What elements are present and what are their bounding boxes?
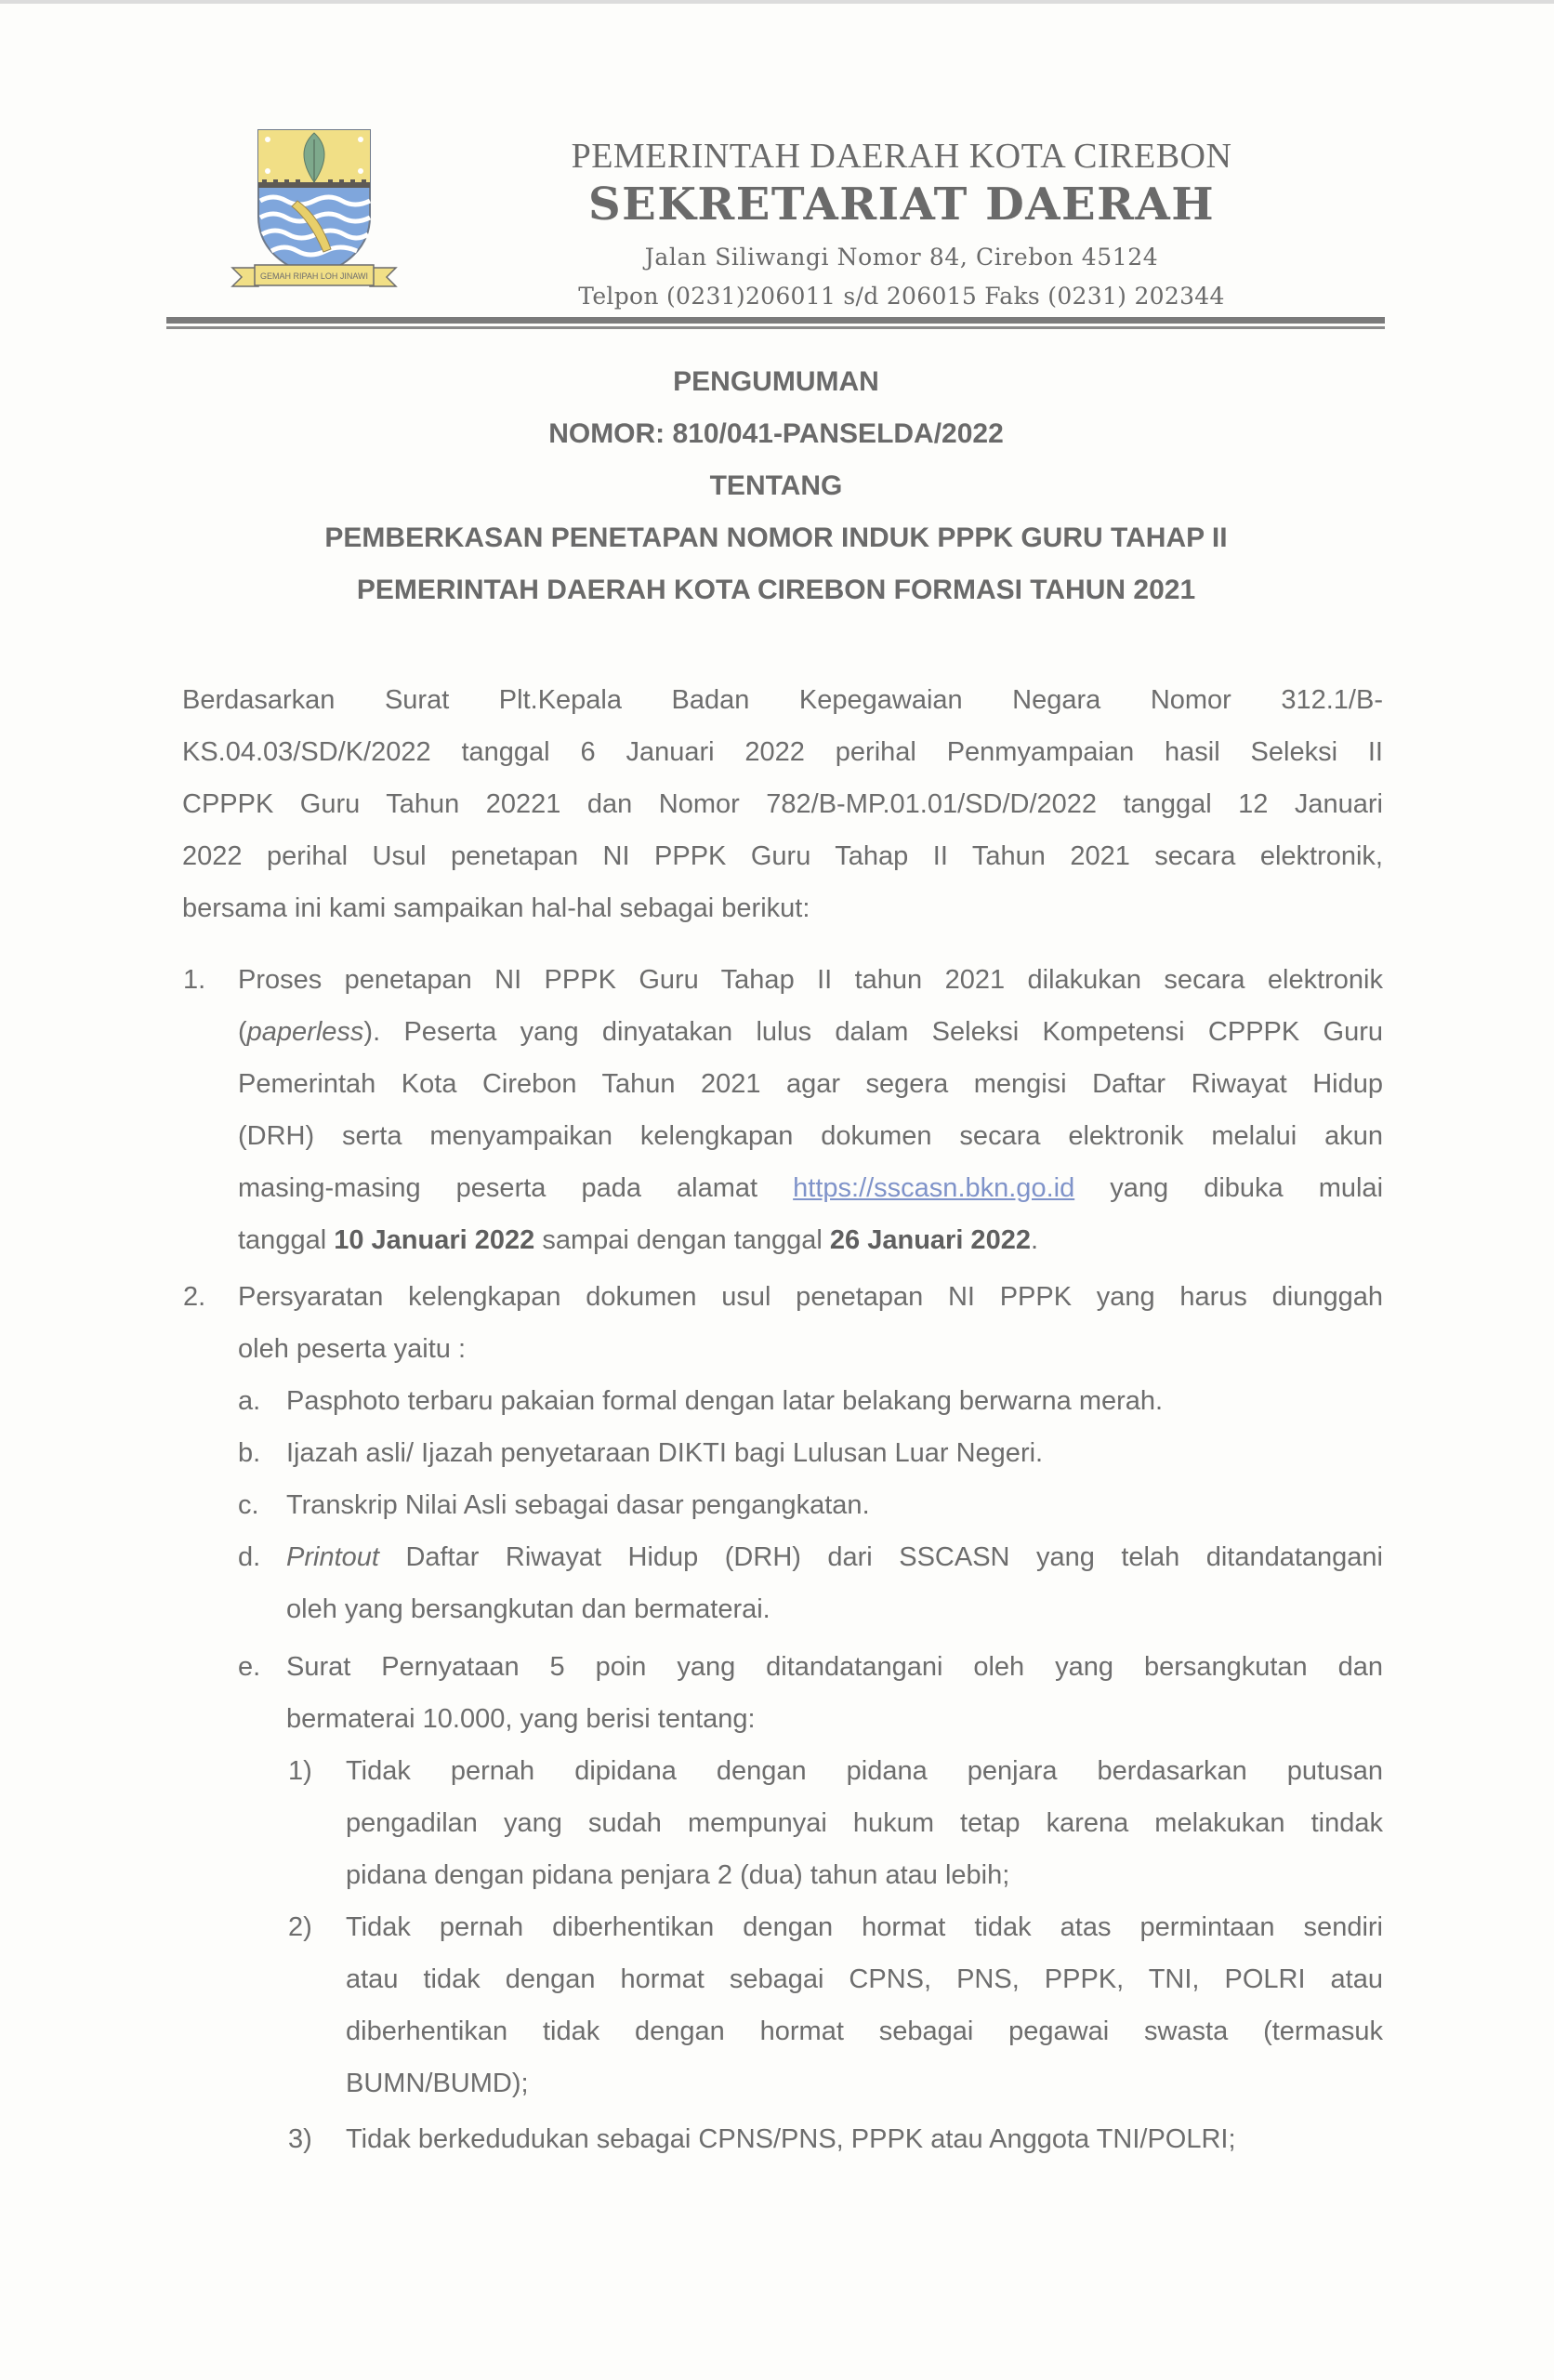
item-line: (DRH) serta menyampaikan kelengkapan dok… bbox=[238, 1120, 1383, 1152]
sublist-marker: b. bbox=[238, 1437, 260, 1469]
sublist-marker: a. bbox=[238, 1385, 260, 1417]
document-number: NOMOR: 810/041-PANSELDA/2022 bbox=[167, 418, 1385, 450]
item-line: Proses penetapan NI PPPK Guru Tahap II t… bbox=[238, 964, 1383, 996]
point-line: atau tidak dengan hormat sebagai CPNS, P… bbox=[346, 1963, 1383, 1995]
point-line: diberhentikan tidak dengan hormat sebaga… bbox=[346, 2016, 1383, 2047]
sublist-marker: e. bbox=[238, 1651, 260, 1683]
list-marker: 1. bbox=[183, 964, 205, 996]
list-marker: 2. bbox=[183, 1281, 205, 1313]
office-address: Jalan Siliwangi Nomor 84, Cirebon 45124 bbox=[437, 244, 1366, 271]
subitem-line: Pasphoto terbaru pakaian formal dengan l… bbox=[286, 1385, 1163, 1417]
item-line: Persyaratan kelengkapan dokumen usul pen… bbox=[238, 1281, 1383, 1313]
subitem-line: oleh yang bersangkutan dan bermaterai. bbox=[286, 1593, 770, 1625]
point-marker: 3) bbox=[288, 2123, 312, 2155]
cirebon-coat-of-arms-icon: GEMAH RIPAH LOH JINAWI bbox=[230, 128, 398, 291]
document-about: TENTANG bbox=[167, 470, 1385, 502]
paperless-term: paperless bbox=[247, 1017, 364, 1047]
subitem-line: Transkrip Nilai Asli sebagai dasar penga… bbox=[286, 1489, 870, 1521]
document-title-line-2: PEMERINTAH DAERAH KOTA CIREBON FORMASI T… bbox=[167, 575, 1385, 606]
sublist-marker: d. bbox=[238, 1541, 260, 1573]
intro-line: Berdasarkan Surat Plt.Kepala Badan Kepeg… bbox=[182, 684, 1383, 716]
item-line: (paperless). Peserta yang dinyatakan lul… bbox=[238, 1016, 1383, 1048]
subitem-line: bermaterai 10.000, yang berisi tentang: bbox=[286, 1703, 756, 1735]
document-title-line-1: PEMBERKASAN PENETAPAN NOMOR INDUK PPPK G… bbox=[167, 522, 1385, 554]
intro-line: KS.04.03/SD/K/2022 tanggal 6 Januari 202… bbox=[182, 736, 1383, 768]
printout-term: Printout bbox=[286, 1542, 379, 1572]
point-line: pidana dengan pidana penjara 2 (dua) tah… bbox=[346, 1859, 1009, 1891]
point-line: pengadilan yang sudah mempunyai hukum te… bbox=[346, 1807, 1383, 1839]
letterhead-rule-thick bbox=[166, 317, 1385, 324]
item-line: oleh peserta yaitu : bbox=[238, 1333, 466, 1365]
point-line: Tidak pernah dipidana dengan pidana penj… bbox=[346, 1755, 1383, 1787]
item-line: masing-masing peserta pada alamat https:… bbox=[238, 1172, 1383, 1204]
point-line: Tidak pernah diberhentikan dengan hormat… bbox=[346, 1911, 1383, 1943]
office-name: SEKRETARIAT DAERAH bbox=[437, 178, 1366, 231]
letterhead-rule-thin bbox=[166, 326, 1385, 329]
item-line: tanggal 10 Januari 2022 sampai dengan ta… bbox=[238, 1224, 1038, 1256]
government-name: PEMERINTAH DAERAH KOTA CIREBON bbox=[437, 136, 1366, 177]
point-line: Tidak berkedudukan sebagai CPNS/PNS, PPP… bbox=[346, 2123, 1236, 2155]
item-line: Pemerintah Kota Cirebon Tahun 2021 agar … bbox=[238, 1068, 1383, 1100]
point-marker: 2) bbox=[288, 1911, 312, 1943]
office-phone: Telpon (0231)206011 s/d 206015 Faks (023… bbox=[437, 283, 1366, 310]
point-line: BUMN/BUMD); bbox=[346, 2068, 529, 2099]
intro-line: bersama ini kami sampaikan hal-hal sebag… bbox=[182, 892, 810, 924]
date-start: 10 Januari 2022 bbox=[334, 1225, 534, 1255]
date-end: 26 Januari 2022 bbox=[830, 1225, 1031, 1255]
subitem-line: Printout Daftar Riwayat Hidup (DRH) dari… bbox=[286, 1541, 1383, 1573]
page-top-edge bbox=[0, 0, 1554, 4]
document-type: PENGUMUMAN bbox=[167, 366, 1385, 398]
intro-line: 2022 perihal Usul penetapan NI PPPK Guru… bbox=[182, 840, 1383, 872]
point-marker: 1) bbox=[288, 1755, 312, 1787]
sublist-marker: c. bbox=[238, 1489, 259, 1521]
subitem-line: Ijazah asli/ Ijazah penyetaraan DIKTI ba… bbox=[286, 1437, 1043, 1469]
subitem-line: Surat Pernyataan 5 poin yang ditandatang… bbox=[286, 1651, 1383, 1683]
intro-line: CPPPK Guru Tahun 20221 dan Nomor 782/B-M… bbox=[182, 788, 1383, 820]
sscasn-link[interactable]: https://sscasn.bkn.go.id bbox=[793, 1173, 1074, 1203]
svg-text:GEMAH RIPAH LOH JINAWI: GEMAH RIPAH LOH JINAWI bbox=[260, 271, 368, 281]
